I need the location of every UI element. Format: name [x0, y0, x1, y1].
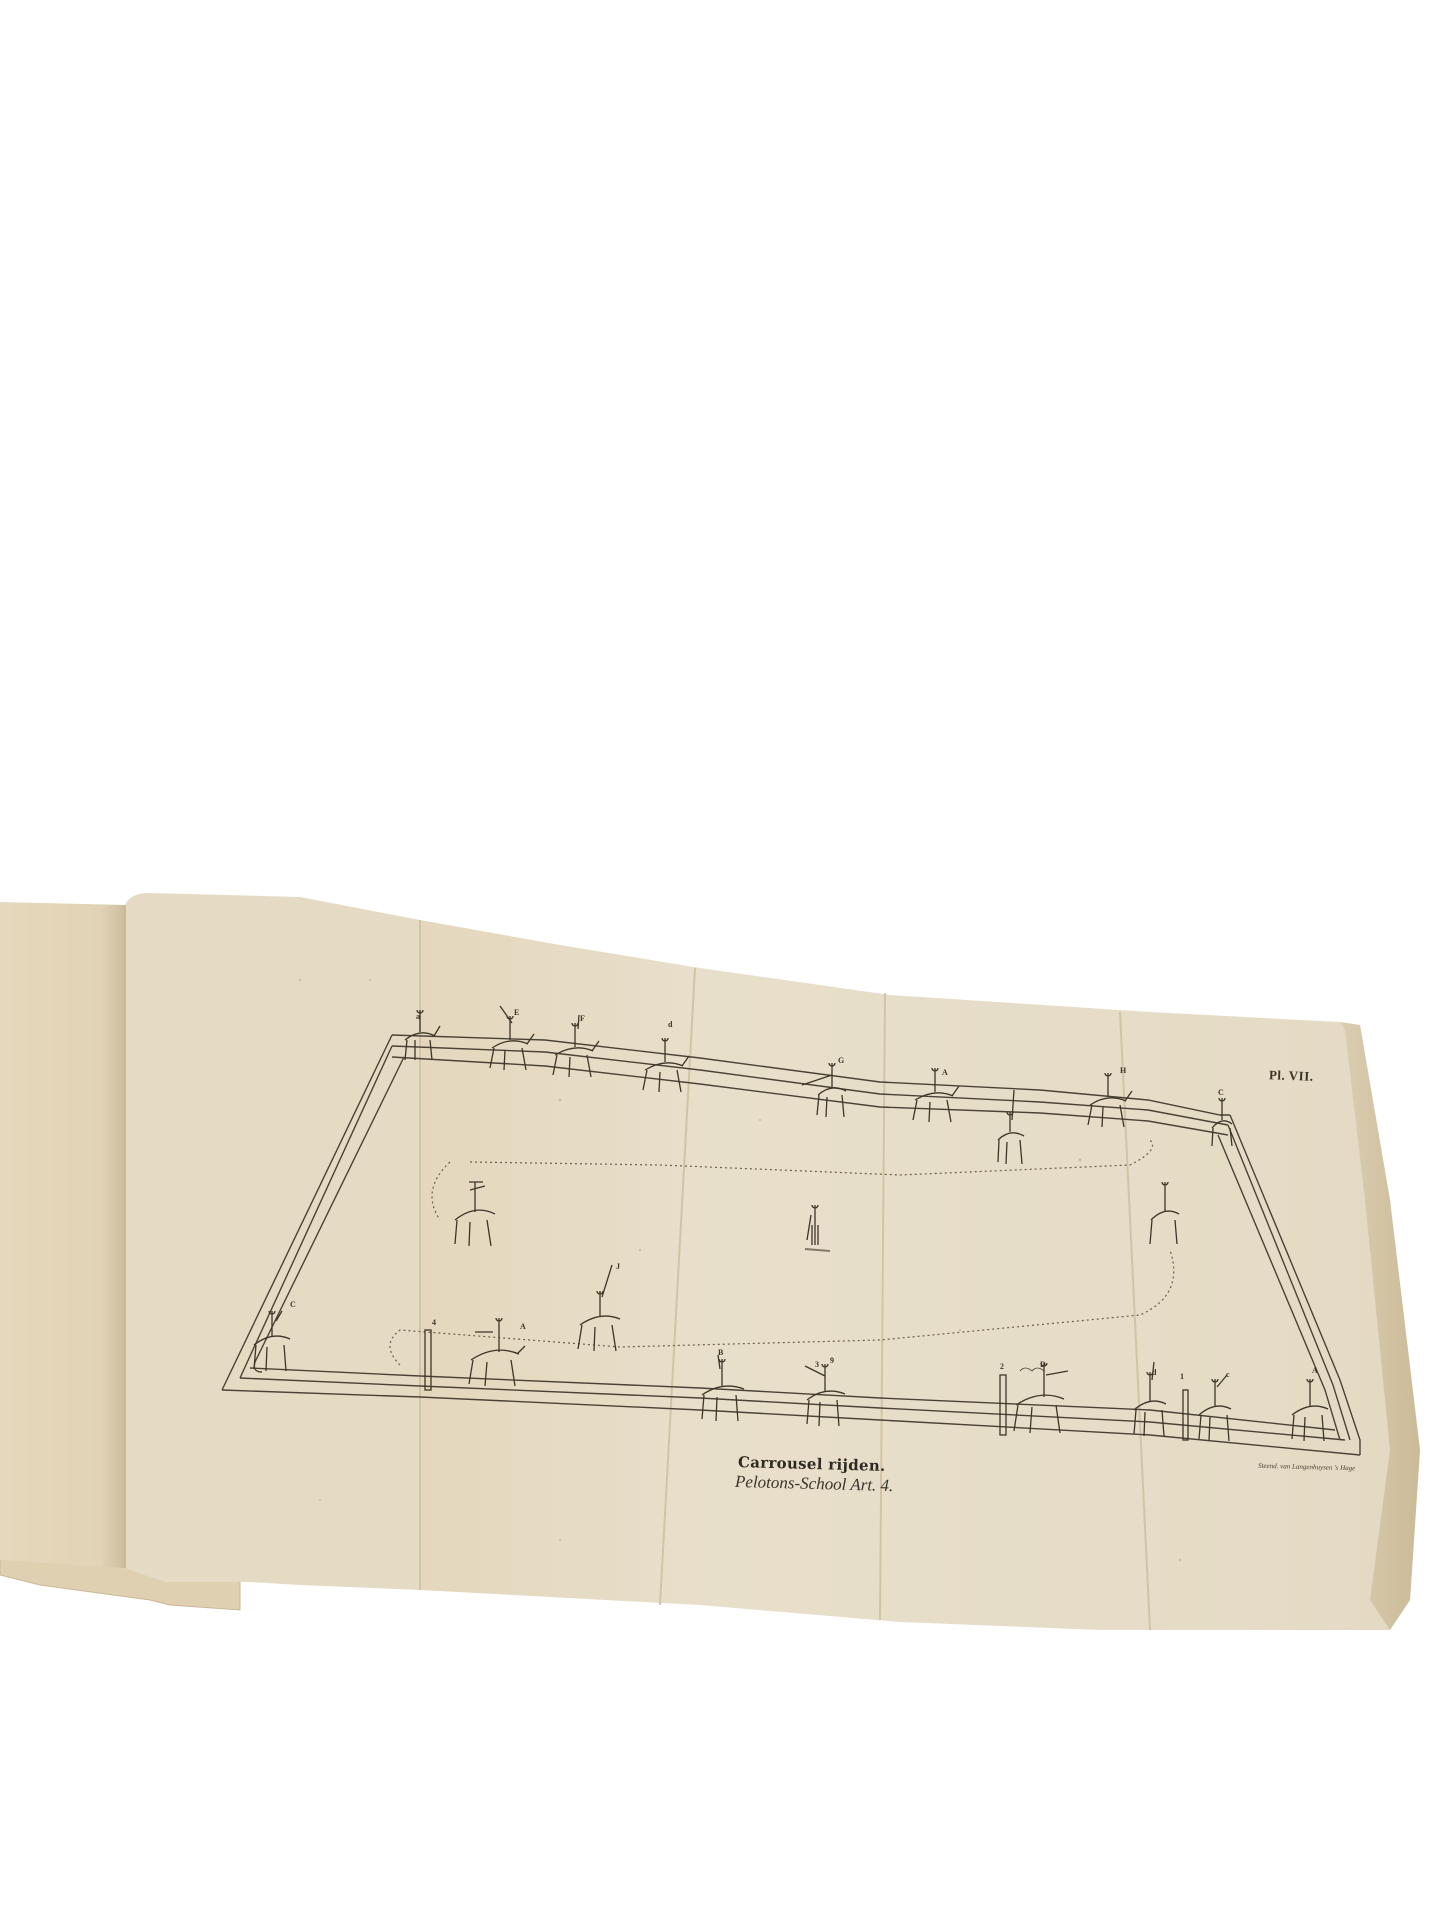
label-c: c: [1226, 1370, 1230, 1379]
label-B: B: [718, 1348, 723, 1357]
folded-plate-illustration: [0, 0, 1440, 1920]
label-2: 2: [1000, 1362, 1004, 1371]
label-A-bottom: A: [520, 1322, 526, 1331]
photo-scene: a E F d G A H C J C 4 A B 3 9 2 D d 1 c …: [0, 0, 1440, 1920]
label-a: a: [416, 1012, 420, 1021]
label-d-bottom: d: [1152, 1368, 1156, 1377]
label-H: H: [1120, 1066, 1126, 1075]
label-A: A: [942, 1068, 948, 1077]
label-C-top: C: [1218, 1088, 1224, 1097]
label-A-right: A: [1312, 1366, 1318, 1375]
label-E: E: [514, 1008, 519, 1017]
label-9: 9: [830, 1356, 834, 1365]
label-C-left: C: [290, 1300, 296, 1309]
label-F: F: [580, 1014, 585, 1023]
plate-number: Pl. VII.: [1269, 1067, 1314, 1085]
label-G: G: [838, 1056, 844, 1065]
left-leaf: [0, 902, 125, 1568]
label-1: 1: [1180, 1372, 1184, 1381]
main-plate: [420, 920, 1420, 1630]
label-4: 4: [432, 1318, 436, 1327]
label-3: 3: [815, 1360, 819, 1369]
label-D: D: [1040, 1360, 1046, 1369]
label-J: J: [616, 1262, 620, 1271]
second-leaf: [125, 893, 420, 1590]
caption-subtitle: Pelotons-School Art. 4.: [735, 1472, 894, 1496]
label-d: d: [668, 1020, 672, 1029]
